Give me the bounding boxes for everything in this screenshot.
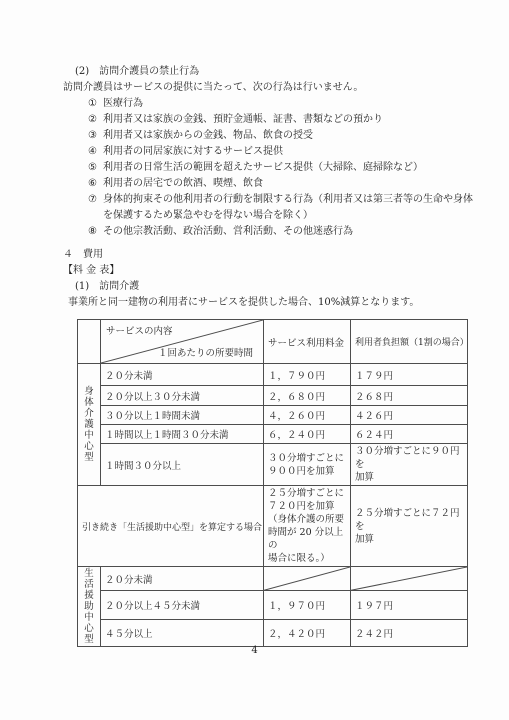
copay-cell: ２４２円 — [351, 619, 468, 646]
section-heading-prohibited-acts: (2) 訪問介護員の禁止行為 — [63, 64, 473, 80]
prohibited-items-list: ① 医療行為 ② 利用者又は家族の金銭、預貯金通帳、証書、書類などの預かり ③ … — [63, 96, 473, 240]
fee-cell: ２，６８０円 — [264, 386, 351, 406]
fee-cell: ２，４２０円 — [264, 619, 351, 646]
item-number: ⑧ — [88, 224, 97, 240]
copay-cell: ２５分増すごとに７２円を 加算 — [351, 486, 468, 567]
fee-cell: ２５分増すごとに ７２０円を加算 （身体介護の所要 時間が 20 分以上の 場合… — [264, 486, 351, 567]
diagonal-line — [264, 567, 350, 590]
time-cell: ２０分以上４５分未満 — [101, 591, 264, 619]
copay-column-header: 利用者負担額（1割の場合） — [351, 320, 468, 364]
prohibited-item: ① 医療行為 — [63, 96, 473, 112]
prohibited-item: ⑦ 身体的拘束その他利用者の行動を制限する行為（利用者又は第三者等の生命や身体 … — [63, 192, 473, 224]
time-cell: １時間以上１時間３０分未満 — [101, 425, 264, 444]
item-text: 利用者の同居家族に対するサービス提供 — [103, 144, 283, 160]
note-same-building-discount: 事業所と同一建物の利用者にサービスを提供した場合、10%減算となります。 — [63, 295, 473, 311]
group-label-cell-life-support: 生活援助中心型 — [78, 567, 101, 647]
fee-cell: １，９７０円 — [264, 591, 351, 619]
fee-cell-empty — [264, 567, 351, 591]
group-label-physical-care: 身体介護中心型 — [84, 386, 95, 463]
time-cell: ２０分未満 — [101, 364, 264, 386]
group-label-cell-physical-care: 身体介護中心型 — [78, 364, 101, 486]
copay-cell: １７９円 — [351, 364, 468, 386]
continued-life-support-label-cell: 引き続き「生活援助中心型」を算定する場合 — [78, 486, 264, 567]
prohibited-item: ④ 利用者の同居家族に対するサービス提供 — [63, 144, 473, 160]
text-block: (2) 訪問介護員の禁止行為 訪問介護員はサービスの提供に当たって、次の行為は行… — [63, 64, 473, 311]
time-cell: ４５分以上 — [101, 619, 264, 646]
copay-cell: ４２６円 — [351, 406, 468, 425]
item-number: ① — [88, 96, 97, 112]
time-cell: １時間３０分以上 — [101, 444, 264, 486]
item-number: ⑥ — [88, 176, 97, 192]
item-text: 利用者の日常生活の範囲を超えたサービス提供（大掃除、庭掃除など） — [103, 160, 423, 176]
document-page: (2) 訪問介護員の禁止行為 訪問介護員はサービスの提供に当たって、次の行為は行… — [0, 0, 509, 720]
service-content-label: サービスの内容 — [106, 323, 173, 337]
service-content-header-cell: サービスの内容 １回あたりの所要時間 — [101, 320, 264, 364]
prohibited-item: ③ 利用者又は家族からの金銭、物品、飲食の授受 — [63, 128, 473, 144]
intro-text: 訪問介護員はサービスの提供に当たって、次の行為は行いません。 — [63, 80, 473, 96]
fee-column-header: サービス利用料金 — [264, 320, 351, 364]
section-heading-cost: ４ 費用 — [63, 247, 473, 263]
item-number: ⑤ — [88, 160, 97, 176]
subsection-heading-visit-care: (1) 訪問介護 — [63, 279, 473, 295]
time-cell: ２０分以上３０分未満 — [101, 386, 264, 406]
time-cell: ３０分以上１時間未満 — [101, 406, 264, 425]
copay-cell: １９７円 — [351, 591, 468, 619]
copay-cell-empty — [351, 567, 468, 591]
item-number: ② — [88, 112, 97, 128]
copay-cell: ６２４円 — [351, 425, 468, 444]
fee-cell: １，７９０円 — [264, 364, 351, 386]
item-text: 利用者又は家族からの金銭、物品、飲食の授受 — [103, 128, 313, 144]
time-cell: ２０分未満 — [101, 567, 264, 591]
prohibited-item: ② 利用者又は家族の金銭、預貯金通帳、証書、書類などの預かり — [63, 112, 473, 128]
diagonal-line — [351, 567, 467, 590]
header-corner-cell — [78, 320, 101, 364]
prohibited-item: ⑥ 利用者の居宅での飲酒、喫煙、飲食 — [63, 176, 473, 192]
item-text: 医療行為 — [103, 96, 143, 112]
item-number: ⑦ — [88, 192, 97, 224]
item-number: ④ — [88, 144, 97, 160]
item-text: 身体的拘束その他利用者の行動を制限する行為（利用者又は第三者等の生命や身体 を保… — [103, 192, 473, 224]
prohibited-item: ⑧ その他宗教活動、政治活動、営利活動、その他迷惑行為 — [63, 224, 473, 240]
fee-cell: ３０分増すごとに ９００円を加算 — [264, 444, 351, 486]
time-per-visit-label: １回あたりの所要時間 — [158, 345, 253, 359]
item-text: 利用者又は家族の金銭、預貯金通帳、証書、書類などの預かり — [103, 112, 383, 128]
group-label-life-support: 生活援助中心型 — [84, 568, 95, 645]
prohibited-item: ⑤ 利用者の日常生活の範囲を超えたサービス提供（大掃除、庭掃除など） — [63, 160, 473, 176]
fee-cell: ６，２４０円 — [264, 425, 351, 444]
page-number: 4 — [0, 645, 509, 656]
item-number: ③ — [88, 128, 97, 144]
fee-cell: ４，２６０円 — [264, 406, 351, 425]
fee-table: サービスの内容 １回あたりの所要時間 サービス利用料金 利用者負担額（1割の場合… — [77, 319, 468, 647]
copay-cell: ３０分増すごとに９０円を 加算 — [351, 444, 468, 486]
item-text: 利用者の居宅での飲酒、喫煙、飲食 — [103, 176, 263, 192]
price-table-heading: 【料 金 表】 — [63, 263, 473, 279]
item-text: その他宗教活動、政治活動、営利活動、その他迷惑行為 — [103, 224, 353, 240]
copay-cell: ２６８円 — [351, 386, 468, 406]
